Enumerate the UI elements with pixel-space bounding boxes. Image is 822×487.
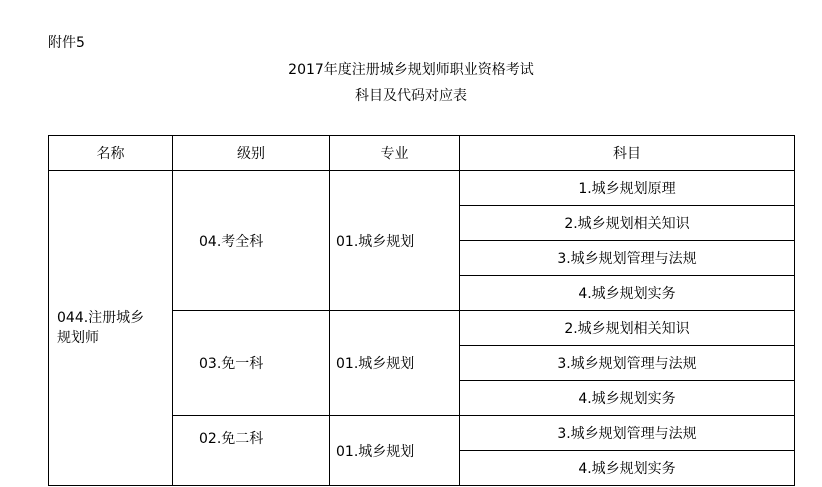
level-cell: 02.免二科 (173, 416, 330, 486)
document-subtitle: 科目及代码对应表 (0, 85, 822, 105)
subject-cell: 2.城乡规划相关知识 (460, 311, 795, 346)
qualification-name-text: 044.注册城乡规划师 (57, 308, 147, 348)
header-subject: 科目 (460, 136, 795, 171)
subject-cell: 4.城乡规划实务 (460, 451, 795, 486)
major-cell: 01.城乡规划 (330, 416, 460, 486)
major-cell: 01.城乡规划 (330, 171, 460, 311)
header-row: 名称 级别 专业 科目 (49, 136, 795, 171)
subject-cell: 1.城乡规划原理 (460, 171, 795, 206)
subject-cell: 3.城乡规划管理与法规 (460, 346, 795, 381)
subject-code-table: 名称 级别 专业 科目 044.注册城乡规划师 04.考全科 01.城乡规划 1… (48, 135, 795, 486)
header-name: 名称 (49, 136, 173, 171)
subject-cell: 4.城乡规划实务 (460, 381, 795, 416)
attachment-label: 附件5 (48, 32, 85, 52)
subject-cell: 3.城乡规划管理与法规 (460, 416, 795, 451)
subject-cell: 2.城乡规划相关知识 (460, 206, 795, 241)
header-level: 级别 (173, 136, 330, 171)
table-row: 044.注册城乡规划师 04.考全科 01.城乡规划 1.城乡规划原理 (49, 171, 795, 206)
major-cell: 01.城乡规划 (330, 311, 460, 416)
document-title: 2017年度注册城乡规划师职业资格考试 (0, 59, 822, 79)
qualification-name: 044.注册城乡规划师 (49, 171, 173, 486)
subject-cell: 4.城乡规划实务 (460, 276, 795, 311)
subject-cell: 3.城乡规划管理与法规 (460, 241, 795, 276)
header-major: 专业 (330, 136, 460, 171)
level-cell: 03.免一科 (173, 311, 330, 416)
level-cell: 04.考全科 (173, 171, 330, 311)
